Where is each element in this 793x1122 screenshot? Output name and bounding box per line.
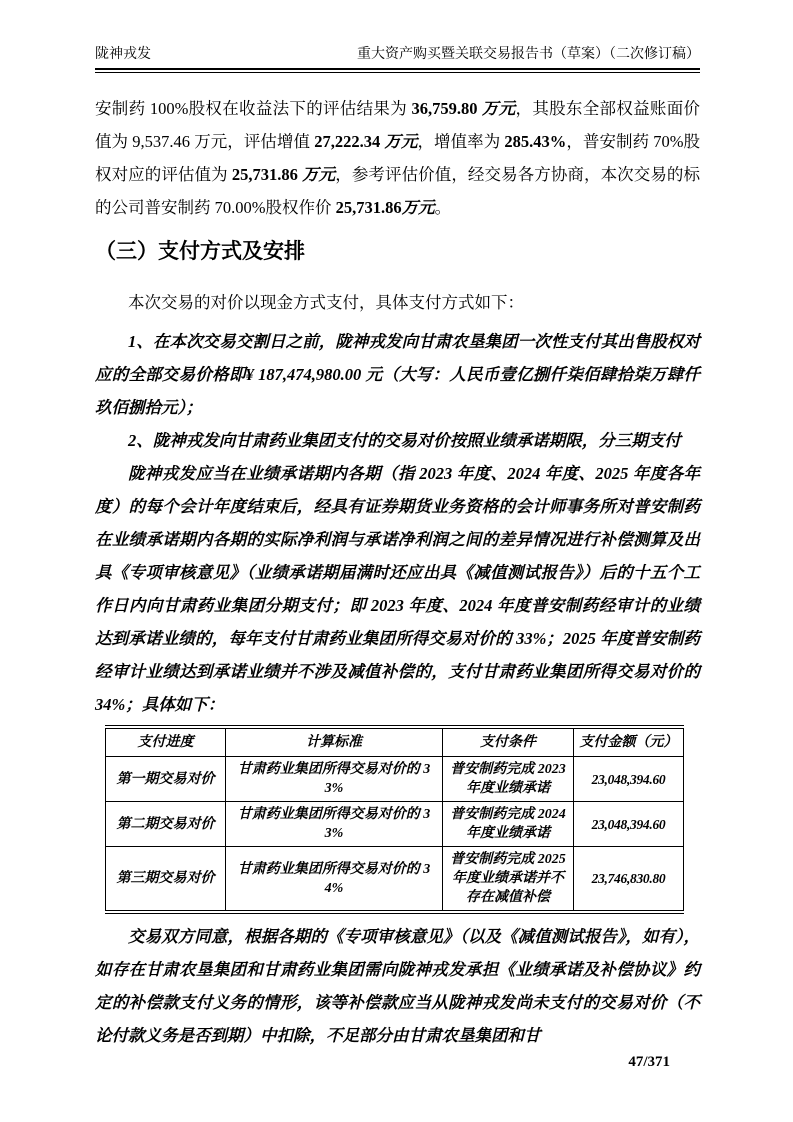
text-run: 万元 <box>482 99 516 118</box>
text-run: 安制药 100%股权在收益法下的评估结果为 <box>95 99 411 118</box>
table-row: 第一期交易对价甘肃药业集团所得交易对价的 33%普安制药完成 2023 年度业绩… <box>106 757 684 802</box>
payment-item-1: 1、在本次交易交割日之前，陇神戎发向甘肃农垦集团一次性支付其出售股权对应的全部交… <box>95 325 700 424</box>
table-row: 第二期交易对价甘肃药业集团所得交易对价的 33%普安制药完成 2024 年度业绩… <box>106 802 684 847</box>
cell-amount: 23,048,394.60 <box>574 757 684 802</box>
cell-standard: 甘肃药业集团所得交易对价的 34% <box>226 847 443 913</box>
closing-paragraph: 交易双方同意，根据各期的《专项审核意见》（以及《减值测试报告》，如有），如存在甘… <box>95 920 700 1052</box>
section-heading: （三）支付方式及安排 <box>95 237 700 267</box>
cell-standard: 甘肃药业集团所得交易对价的 33% <box>226 757 443 802</box>
cell-condition: 普安制药完成 2024 年度业绩承诺 <box>443 802 574 847</box>
cell-stage: 第三期交易对价 <box>106 847 226 913</box>
payment-table-body: 第一期交易对价甘肃药业集团所得交易对价的 33%普安制药完成 2023 年度业绩… <box>106 757 684 913</box>
cell-amount: 23,746,830.80 <box>574 847 684 913</box>
text-run: 。 <box>435 198 452 217</box>
page-number: 47/371 <box>95 1053 700 1071</box>
cell-condition: 普安制药完成 2025 年度业绩承诺并不存在减值补偿 <box>443 847 574 913</box>
payment-item-2: 2、陇神戎发向甘肃药业集团支付的交易对价按照业绩承诺期限，分三期支付 <box>95 424 700 457</box>
cell-stage: 第二期交易对价 <box>106 802 226 847</box>
text-run: 万元 <box>302 165 335 184</box>
text-run: 万元 <box>384 132 417 151</box>
cell-amount: 23,048,394.60 <box>574 802 684 847</box>
text-run: 25,731.86 <box>232 165 302 184</box>
text-run: 285.43% <box>504 132 566 151</box>
text-run: 36,759.80 <box>411 99 481 118</box>
col-header-stage: 支付进度 <box>106 727 226 757</box>
col-header-amount: 支付金额（元） <box>574 727 684 757</box>
payment-detail-paragraph: 陇神戎发应当在业绩承诺期内各期（指 2023 年度、2024 年度、2025 年… <box>95 457 700 721</box>
header-rule <box>95 68 700 73</box>
text-run: 万元 <box>402 198 435 217</box>
cell-condition: 普安制药完成 2023 年度业绩承诺 <box>443 757 574 802</box>
text-run: 25,731.86 <box>336 198 402 217</box>
payment-table-head: 支付进度 计算标准 支付条件 支付金额（元） <box>106 727 684 757</box>
valuation-paragraph: 安制药 100%股权在收益法下的评估结果为 36,759.80 万元，其股东全部… <box>95 92 700 224</box>
table-row: 第三期交易对价甘肃药业集团所得交易对价的 34%普安制药完成 2025 年度业绩… <box>106 847 684 913</box>
intro-paragraph: 本次交易的对价以现金方式支付，具体支付方式如下： <box>95 286 700 319</box>
header-company-name: 陇神戎发 <box>95 46 151 64</box>
page-header: 陇神戎发 重大资产购买暨关联交易报告书（草案）（二次修订稿） <box>95 46 700 64</box>
text-run: ，增值率为 <box>418 132 505 151</box>
header-report-title: 重大资产购买暨关联交易报告书（草案）（二次修订稿） <box>357 46 700 64</box>
payment-schedule-table: 支付进度 计算标准 支付条件 支付金额（元） 第一期交易对价甘肃药业集团所得交易… <box>105 725 684 914</box>
table-header-row: 支付进度 计算标准 支付条件 支付金额（元） <box>106 727 684 757</box>
col-header-standard: 计算标准 <box>226 727 443 757</box>
col-header-condition: 支付条件 <box>443 727 574 757</box>
text-run: 27,222.34 <box>314 132 384 151</box>
cell-standard: 甘肃药业集团所得交易对价的 33% <box>226 802 443 847</box>
document-page: 陇神戎发 重大资产购买暨关联交易报告书（草案）（二次修订稿） 安制药 100%股… <box>0 0 793 1122</box>
cell-stage: 第一期交易对价 <box>106 757 226 802</box>
